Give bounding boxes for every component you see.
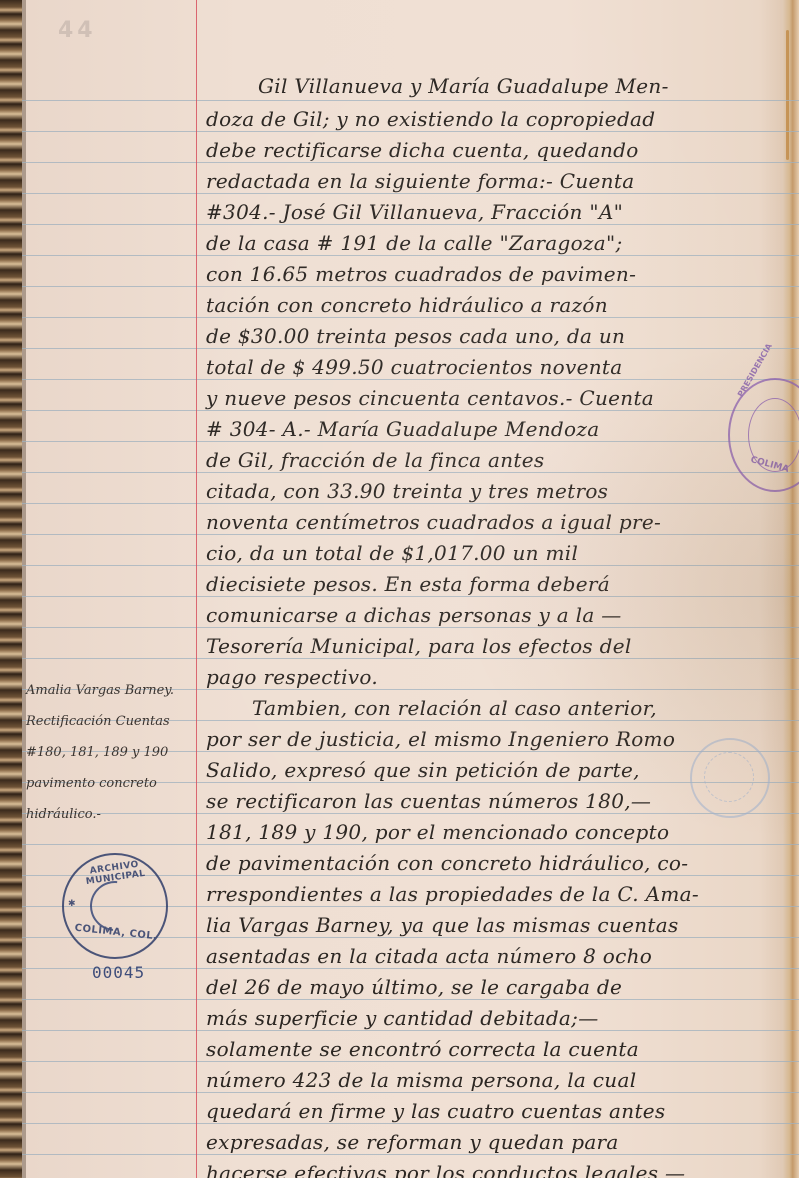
ledger-page: 44 Gil Villanueva y María Guadalupe Men-… — [0, 0, 799, 1178]
rule-line — [22, 317, 799, 318]
faded-seal-stamp — [690, 738, 770, 818]
body-line-22: por ser de justicia, el mismo Ingeniero … — [206, 727, 675, 751]
rule-line — [22, 1123, 799, 1124]
rule-line — [22, 255, 799, 256]
body-line-18: comunicarse a dichas personas y a la — — [206, 603, 622, 627]
body-line-1: Gil Villanueva y María Guadalupe Men- — [258, 74, 669, 98]
body-line-8: tación con concreto hidráulico a razón — [206, 293, 608, 317]
body-line-9: de $30.00 treinta pesos cada uno, da un — [206, 324, 625, 348]
rule-line — [22, 286, 799, 287]
faint-page-number: 44 — [58, 18, 97, 43]
rule-line — [22, 410, 799, 411]
body-line-16: cio, da un total de $1,017.00 un mil — [206, 541, 578, 565]
rule-line — [22, 193, 799, 194]
body-line-28: lia Vargas Barney, ya que las mismas cue… — [206, 913, 679, 937]
page-right-edge — [783, 0, 799, 1178]
margin-note-line-3: #180, 181, 189 y 190 — [26, 745, 168, 760]
body-line-21: Tambien, con relación al caso anterior, — [252, 696, 657, 720]
body-line-10: total de $ 499.50 cuatrocientos noventa — [206, 355, 622, 379]
rule-line — [22, 162, 799, 163]
archivo-municipal-stamp: ARCHIVO MUNICIPAL ✱ COLIMA, COL. — [62, 853, 168, 959]
body-line-13: de Gil, fracción de la finca antes — [206, 448, 544, 472]
rule-line — [22, 658, 799, 659]
rule-line — [22, 1030, 799, 1031]
rule-line — [22, 627, 799, 628]
margin-note-line-2: Rectificación Cuentas — [26, 714, 170, 729]
body-line-34: quedará en firme y las cuatro cuentas an… — [206, 1099, 666, 1123]
body-line-7: con 16.65 metros cuadrados de pavimen- — [206, 262, 636, 286]
rule-line — [22, 472, 799, 473]
rule-line — [22, 844, 799, 845]
body-line-33: número 423 de la misma persona, la cual — [206, 1068, 636, 1092]
rule-line — [22, 1061, 799, 1062]
body-line-27: rrespondientes a las propiedades de la C… — [206, 882, 699, 906]
body-line-36: hacerse efectivas por los conductos lega… — [206, 1161, 685, 1178]
body-line-15: noventa centímetros cuadrados a igual pr… — [206, 510, 661, 534]
red-margin-line — [196, 0, 197, 1178]
body-line-25: 181, 189 y 190, por el mencionado concep… — [206, 820, 669, 844]
margin-note-line-5: hidráulico.- — [26, 807, 101, 822]
rule-line — [22, 131, 799, 132]
rule-line — [22, 999, 799, 1000]
body-line-32: solamente se encontró correcta la cuenta — [206, 1037, 639, 1061]
rule-line — [22, 1154, 799, 1155]
body-line-4: redactada en la siguiente forma:- Cuenta — [206, 169, 634, 193]
rule-line — [22, 379, 799, 380]
book-binding-edge — [0, 0, 22, 1178]
rule-line — [22, 534, 799, 535]
star-icon: ✱ — [68, 899, 76, 909]
rule-line — [22, 100, 799, 101]
body-line-12: # 304- A.- María Guadalupe Mendoza — [206, 417, 599, 441]
body-line-35: expresadas, se reforman y quedan para — [206, 1130, 619, 1154]
body-line-26: de pavimentación con concreto hidráulico… — [206, 851, 688, 875]
body-line-3: debe rectificarse dicha cuenta, quedando — [206, 138, 639, 162]
margin-note-line-4: pavimento concreto — [26, 776, 157, 791]
body-line-11: y nueve pesos cincuenta centavos.- Cuent… — [206, 386, 654, 410]
rule-line — [22, 813, 799, 814]
body-line-14: citada, con 33.90 treinta y tres metros — [206, 479, 608, 503]
margin-note-line-1: Amalia Vargas Barney. — [26, 683, 174, 698]
rule-line — [22, 596, 799, 597]
rule-line — [22, 348, 799, 349]
body-line-29: asentadas en la citada acta número 8 och… — [206, 944, 652, 968]
rule-line — [22, 565, 799, 566]
body-line-5: #304.- José Gil Villanueva, Fracción "A" — [206, 200, 623, 224]
body-line-31: más superficie y cantidad debitada;— — [206, 1006, 599, 1030]
stamp-inner-ring — [704, 752, 754, 802]
rule-line — [22, 224, 799, 225]
body-line-17: diecisiete pesos. En esta forma deberá — [206, 572, 610, 596]
body-line-20: pago respectivo. — [206, 665, 378, 689]
body-line-2: doza de Gil; y no existiendo la copropie… — [206, 107, 655, 131]
body-line-24: se rectificaron las cuentas números 180,… — [206, 789, 651, 813]
rule-line — [22, 1092, 799, 1093]
page-fold-crease — [786, 30, 789, 160]
rule-line — [22, 441, 799, 442]
archive-folio-number: 00045 — [92, 963, 145, 982]
body-line-23: Salido, expresó que sin petición de part… — [206, 758, 640, 782]
body-line-30: del 26 de mayo último, se le cargaba de — [206, 975, 622, 999]
rule-line — [22, 503, 799, 504]
presidencia-stamp: PRESIDENCIA COLIMA — [728, 378, 799, 492]
body-line-19: Tesorería Municipal, para los efectos de… — [206, 634, 632, 658]
stamp-top-text: PRESIDENCIA — [736, 342, 774, 399]
body-line-6: de la casa # 191 de la calle "Zaragoza"; — [206, 231, 623, 255]
